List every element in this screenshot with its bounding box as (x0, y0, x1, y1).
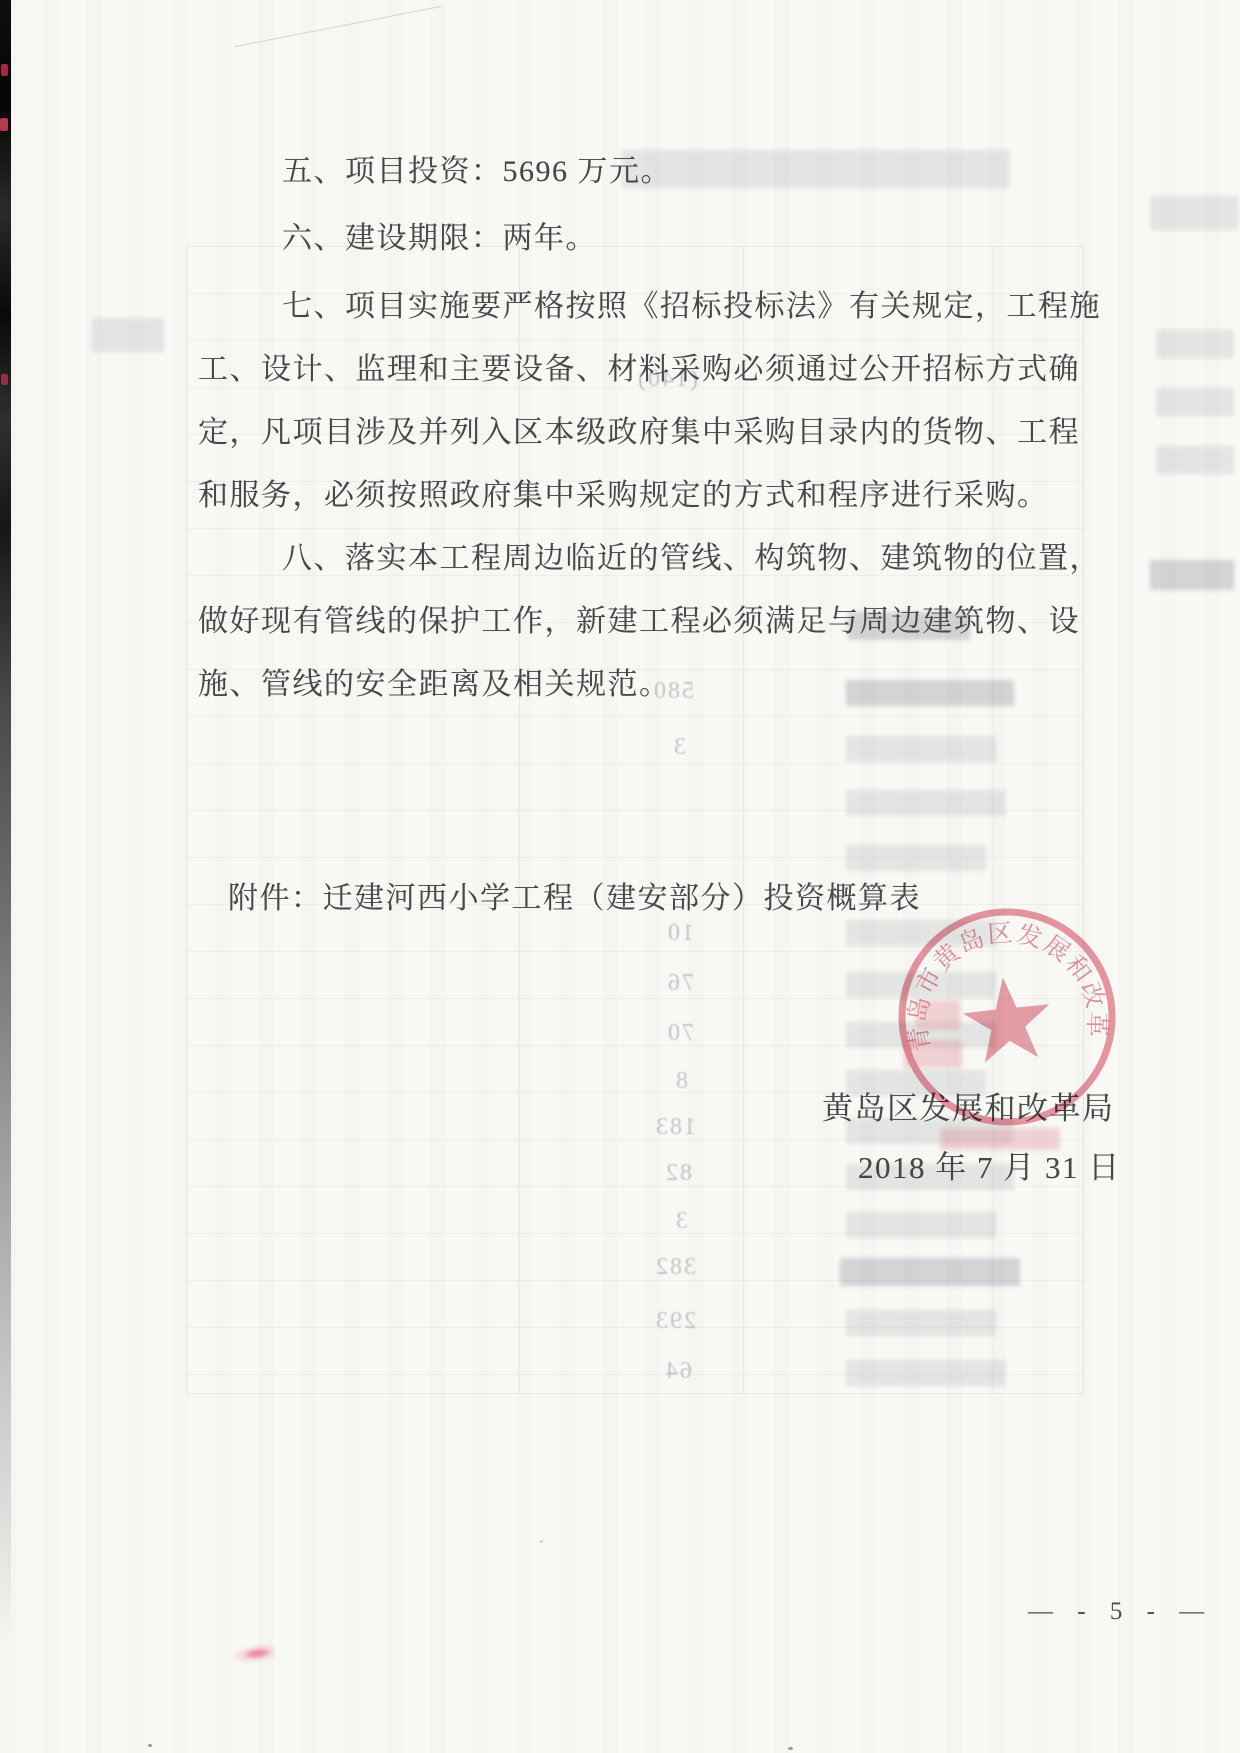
bleedthrough-number: 3 (674, 1208, 688, 1235)
bleedthrough-text-smudge (846, 1360, 1006, 1386)
scan-speck (788, 1747, 793, 1750)
seal-smudge (916, 1000, 960, 1030)
bleedthrough-number: 70 (666, 1020, 694, 1047)
seal-star-icon (960, 973, 1055, 1065)
bleedthrough-number: 64 (664, 1358, 692, 1385)
seal-smudge (940, 1128, 1060, 1150)
bleedthrough-text-smudge (840, 1258, 1020, 1286)
bleedthrough-number: 82 (664, 1160, 692, 1187)
body-line-3: 七、项目实施要严格按照《招标投标法》有关规定，工程施 (282, 281, 1101, 325)
pink-ink-smudge (231, 1642, 275, 1666)
bleedthrough-text-smudge (1156, 446, 1234, 474)
bleedthrough-number: 183 (654, 1114, 696, 1141)
paper-crease (234, 6, 442, 47)
bleedthrough-text-smudge (846, 680, 1014, 706)
body-line-8: 做好现有管线的保护工作，新建工程必须满足与周边建筑物、设 (198, 596, 1080, 640)
body-line-9: 施、管线的安全距离及相关规范。 (198, 659, 671, 703)
bleedthrough-number: 76 (666, 970, 694, 997)
seal-smudge (904, 1040, 962, 1068)
body-line-6: 和服务，必须按照政府集中采购规定的方式和程序进行采购。 (198, 470, 1049, 514)
bleedthrough-number: 293 (654, 1308, 696, 1335)
body-line-4: 工、设计、监理和主要设备、材料采购必须通过公开招标方式确 (198, 344, 1080, 388)
bleedthrough-text-smudge (1150, 560, 1234, 590)
body-line-1: 五、项目投资：5696 万元。 (282, 146, 672, 190)
bleedthrough-number: 10 (666, 920, 694, 947)
bleedthrough-text-smudge (846, 790, 1006, 816)
edge-red-mark (1, 64, 8, 76)
bleedthrough-text-smudge (846, 1212, 996, 1238)
body-line-7: 八、落实本工程周边临近的管线、构筑物、建筑物的位置， (282, 533, 1101, 577)
bleedthrough-number: 382 (654, 1254, 696, 1281)
body-line-2: 六、建设期限：两年。 (282, 213, 597, 257)
bleedthrough-text-smudge (846, 736, 996, 762)
bleedthrough-text-smudge (846, 1310, 996, 1336)
bleedthrough-text-smudge (92, 318, 164, 352)
scan-speck (540, 1540, 543, 1543)
edge-red-mark (0, 118, 8, 131)
bleedthrough-text-smudge (1156, 330, 1234, 358)
bleedthrough-text-smudge (1150, 196, 1238, 230)
scanned-document-page: (140)5803107670818382338229364 五、项目投资：56… (0, 0, 1240, 1753)
bleedthrough-text-smudge (622, 150, 1010, 188)
body-line-5: 定，凡项目涉及并列入区本级政府集中采购目录内的货物、工程 (198, 407, 1080, 451)
bleedthrough-number: 3 (672, 734, 686, 761)
page-number: — - 5 - — (1028, 1598, 1207, 1626)
bleedthrough-text-smudge (1156, 388, 1234, 416)
bleedthrough-number: 8 (674, 1068, 688, 1095)
bleedthrough-text-smudge (846, 845, 986, 871)
scan-binding-edge (0, 0, 11, 1753)
edge-red-mark (1, 374, 8, 385)
attachment-line: 附件：迁建河西小学工程（建安部分）投资概算表 (228, 873, 921, 917)
scan-speck (148, 1744, 152, 1747)
